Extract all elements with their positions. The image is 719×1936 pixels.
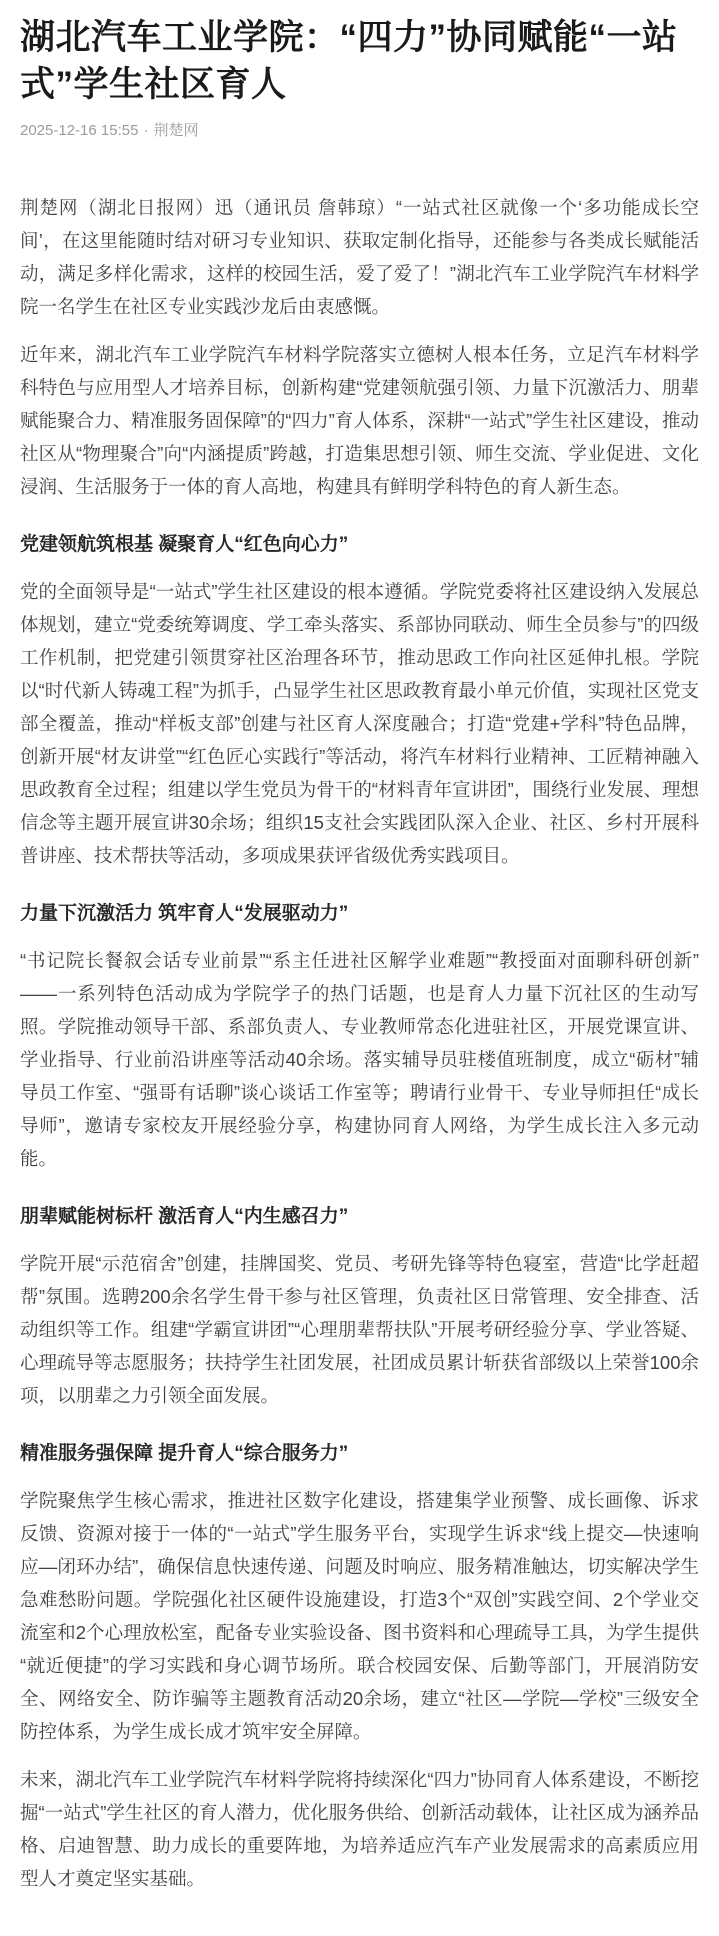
- article-page: 湖北汽车工业学院：“四力”协同赋能“一站式”学生社区育人 2025-12-16 …: [0, 0, 719, 1936]
- paragraph: “书记院长餐叙会话专业前景”“系主任进社区解学业难题”“教授面对面聊科研创新”—…: [20, 944, 699, 1175]
- paragraph: 近年来，湖北汽车工业学院汽车材料学院落实立德树人根本任务，立足汽车材料学科特色与…: [20, 338, 699, 503]
- section-heading-force-sinking: 力量下沉激活力 筑牢育人“发展驱动力”: [20, 899, 699, 929]
- publish-time: 2025-12-16 15:55: [20, 122, 138, 139]
- section-heading-peer-empowerment: 朋辈赋能树标杆 激活育人“内生感召力”: [20, 1202, 699, 1232]
- paragraph: 学院开展“示范宿舍”创建，挂牌国奖、党员、考研先锋等特色寝室，营造“比学赶超帮”…: [20, 1247, 699, 1412]
- meta-separator: ·: [143, 122, 148, 139]
- paragraph: 学院聚焦学生核心需求，推进社区数字化建设，搭建集学业预警、成长画像、诉求反馈、资…: [20, 1484, 699, 1748]
- section-heading-party-building: 党建领航筑根基 凝聚育人“红色向心力”: [20, 530, 699, 560]
- paragraph-lead: 荆楚网（湖北日报网）迅（通讯员 詹韩琼）“一站式社区就像一个‘多功能成长空间’，…: [20, 191, 699, 323]
- article-title: 湖北汽车工业学院：“四力”协同赋能“一站式”学生社区育人: [20, 14, 699, 108]
- paragraph: 党的全面领导是“一站式”学生社区建设的根本遵循。学院党委将社区建设纳入发展总体规…: [20, 575, 699, 872]
- source-name: 荆楚网: [153, 122, 198, 139]
- paragraph-closing: 未来，湖北汽车工业学院汽车材料学院将持续深化“四力”协同育人体系建设，不断挖掘“…: [20, 1763, 699, 1895]
- section-heading-precise-service: 精准服务强保障 提升育人“综合服务力”: [20, 1439, 699, 1469]
- article-meta: 2025-12-16 15:55·荆楚网: [20, 120, 699, 141]
